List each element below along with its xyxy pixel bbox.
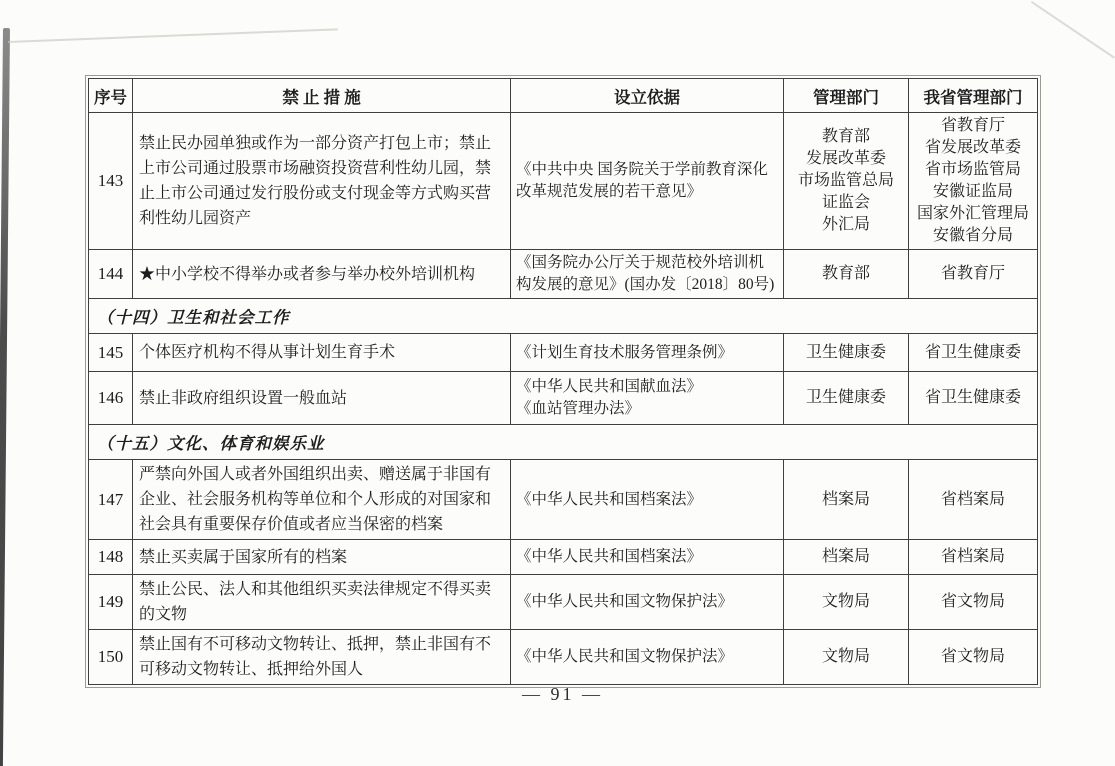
prohibition-measures-table: 序号 禁 止 措 施 设立依据 管理部门 我省管理部门 143 禁止民办园单独或… <box>88 78 1038 685</box>
table-row: 149 禁止公民、法人和其他组织买卖法律规定不得买卖的文物 《中华人民共和国文物… <box>89 575 1038 630</box>
dept-cell: 卫生健康委 <box>784 334 909 372</box>
measure-cell: 禁止民办园单独或作为一部分资产打包上市；禁止上市公司通过股票市场融资投资营利性幼… <box>133 113 511 250</box>
prov-cell: 省文物局 <box>909 575 1038 630</box>
header-management-department: 管理部门 <box>784 79 909 113</box>
basis-cell: 《国务院办公厅关于规范校外培训机构发展的意见》(国办发〔2018〕80号) <box>511 250 784 299</box>
measure-cell: ★中小学校不得举办或者参与举办校外培训机构 <box>133 250 511 299</box>
basis-cell: 《中共中央 国务院关于学前教育深化改革规范发展的若干意见》 <box>511 113 784 250</box>
header-prohibited-measure: 禁 止 措 施 <box>133 79 511 113</box>
header-serial-number: 序号 <box>89 79 133 113</box>
dept-cell: 档案局 <box>784 540 909 575</box>
row-number: 147 <box>89 460 133 540</box>
prov-cell: 省档案局 <box>909 460 1038 540</box>
page-number: — 91 — <box>88 684 1037 705</box>
row-number: 148 <box>89 540 133 575</box>
measure-cell: 禁止公民、法人和其他组织买卖法律规定不得买卖的文物 <box>133 575 511 630</box>
section-title: （十四）卫生和社会工作 <box>89 299 1038 334</box>
section-row: （十四）卫生和社会工作 <box>89 299 1038 334</box>
scan-paper-edge-left <box>0 28 10 766</box>
prov-cell: 省卫生健康委 <box>909 334 1038 372</box>
dept-cell: 文物局 <box>784 575 909 630</box>
prov-cell: 省档案局 <box>909 540 1038 575</box>
prov-cell: 省文物局 <box>909 630 1038 685</box>
scan-paper-edge-top-right <box>1031 1 1115 59</box>
measure-cell: 禁止买卖属于国家所有的档案 <box>133 540 511 575</box>
dept-cell: 教育部 <box>784 250 909 299</box>
basis-cell: 《中华人民共和国档案法》 <box>511 460 784 540</box>
table-row: 144 ★中小学校不得举办或者参与举办校外培训机构 《国务院办公厅关于规范校外培… <box>89 250 1038 299</box>
table-row: 146 禁止非政府组织设置一般血站 《中华人民共和国献血法》 《血站管理办法》 … <box>89 372 1038 425</box>
basis-cell: 《计划生育技术服务管理条例》 <box>511 334 784 372</box>
measure-cell: 严禁向外国人或者外国组织出卖、赠送属于非国有企业、社会服务机构等单位和个人形成的… <box>133 460 511 540</box>
basis-cell: 《中华人民共和国献血法》 《血站管理办法》 <box>511 372 784 425</box>
scan-paper-edge-top <box>8 28 338 43</box>
prov-cell: 省教育厅 <box>909 250 1038 299</box>
measure-cell: 禁止非政府组织设置一般血站 <box>133 372 511 425</box>
table-row: 143 禁止民办园单独或作为一部分资产打包上市；禁止上市公司通过股票市场融资投资… <box>89 113 1038 250</box>
row-number: 143 <box>89 113 133 250</box>
header-establishment-basis: 设立依据 <box>511 79 784 113</box>
table-row: 147 严禁向外国人或者外国组织出卖、赠送属于非国有企业、社会服务机构等单位和个… <box>89 460 1038 540</box>
dept-cell: 卫生健康委 <box>784 372 909 425</box>
table-row: 148 禁止买卖属于国家所有的档案 《中华人民共和国档案法》 档案局 省档案局 <box>89 540 1038 575</box>
row-number: 149 <box>89 575 133 630</box>
table-row: 150 禁止国有不可移动文物转让、抵押，禁止非国有不可移动文物转让、抵押给外国人… <box>89 630 1038 685</box>
table-row: 145 个体医疗机构不得从事计划生育手术 《计划生育技术服务管理条例》 卫生健康… <box>89 334 1038 372</box>
dept-cell: 文物局 <box>784 630 909 685</box>
prov-cell: 省卫生健康委 <box>909 372 1038 425</box>
table-header-row: 序号 禁 止 措 施 设立依据 管理部门 我省管理部门 <box>89 79 1038 113</box>
row-number: 144 <box>89 250 133 299</box>
basis-cell: 《中华人民共和国文物保护法》 <box>511 630 784 685</box>
section-row: （十五）文化、体育和娱乐业 <box>89 425 1038 460</box>
section-title: （十五）文化、体育和娱乐业 <box>89 425 1038 460</box>
measure-cell: 个体医疗机构不得从事计划生育手术 <box>133 334 511 372</box>
basis-cell: 《中华人民共和国档案法》 <box>511 540 784 575</box>
row-number: 150 <box>89 630 133 685</box>
prov-cell: 省教育厅 省发展改革委 省市场监管局 安徽证监局 国家外汇管理局 安徽省分局 <box>909 113 1038 250</box>
row-number: 145 <box>89 334 133 372</box>
dept-cell: 教育部 发展改革委 市场监管总局 证监会 外汇局 <box>784 113 909 250</box>
basis-cell: 《中华人民共和国文物保护法》 <box>511 575 784 630</box>
header-province-management-department: 我省管理部门 <box>909 79 1038 113</box>
measure-cell: 禁止国有不可移动文物转让、抵押，禁止非国有不可移动文物转让、抵押给外国人 <box>133 630 511 685</box>
dept-cell: 档案局 <box>784 460 909 540</box>
row-number: 146 <box>89 372 133 425</box>
